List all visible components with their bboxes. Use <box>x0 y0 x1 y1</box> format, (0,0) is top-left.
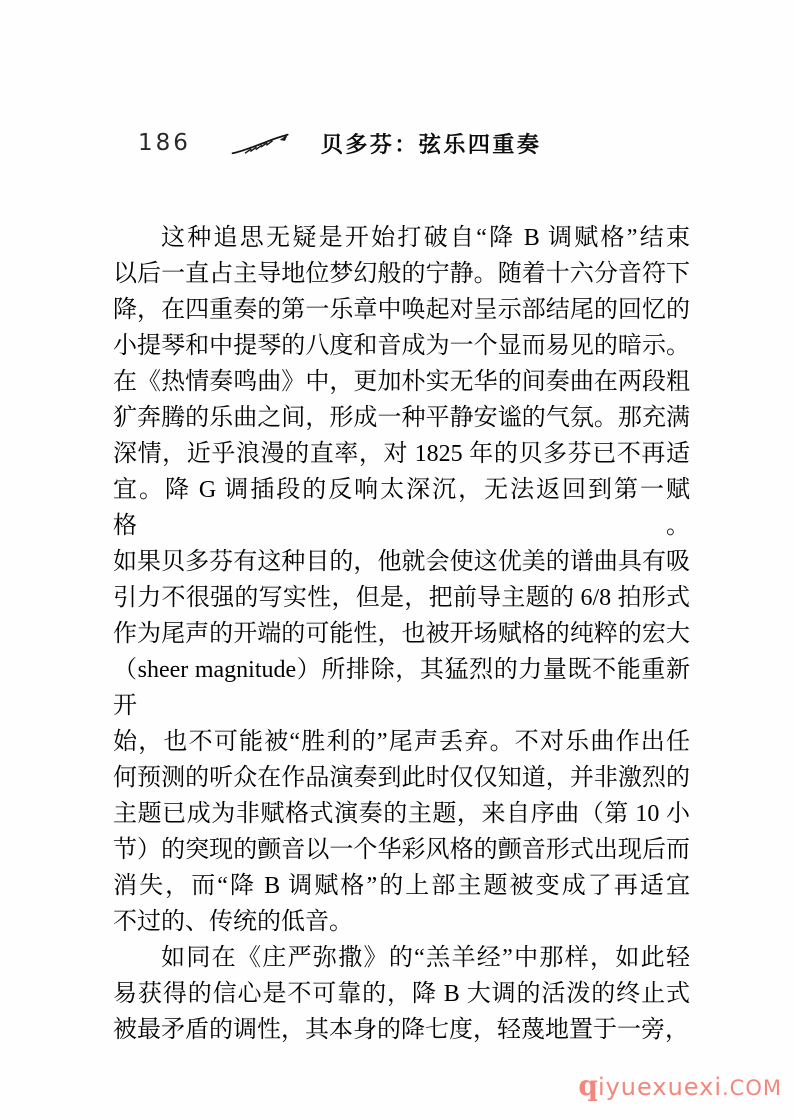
text-line: 始，也不可能被“胜利的”尾声丢弃。不对乐曲作出任 <box>113 724 690 760</box>
text-line: 以后一直占主导地位梦幻般的宁静。随着十六分音符下 <box>113 256 690 292</box>
watermark: qiyuexuexi.COM <box>578 1072 782 1100</box>
book-page: 186 贝多芬：弦乐四重奏 这种追思无疑是开始打破自“降 B 调赋格”结束以后一… <box>0 0 794 1120</box>
text-line: 小提琴和中提琴的八度和音成为一个显而易见的暗示。 <box>113 328 690 364</box>
text-line: 主题已成为非赋格式演奏的主题，来自序曲（第 10 小 <box>113 796 690 832</box>
text-line: 节）的突现的颤音以一个华彩风格的颤音形式出现后而 <box>113 832 690 868</box>
text-line: （sheer magnitude）所排除，其猛烈的力量既不能重新开 <box>113 652 690 724</box>
pen-stroke-icon <box>229 130 293 157</box>
text-line: 消失，而“降 B 调赋格”的上部主题被变成了再适宜 <box>113 868 690 904</box>
text-line: 不过的、传统的低音。 <box>113 904 690 940</box>
text-line: 降，在四重奏的第一乐章中唤起对呈示部结尾的回忆的 <box>113 292 690 328</box>
paragraph: 如同在《庄严弥撒》的“羔羊经”中那样，如此轻易获得的信心是不可靠的，降 B 大调… <box>113 940 690 1048</box>
text-line: 被最矛盾的调性，其本身的降七度，轻蔑地置于一旁， <box>113 1012 690 1048</box>
paragraph: 这种追思无疑是开始打破自“降 B 调赋格”结束以后一直占主导地位梦幻般的宁静。随… <box>113 220 690 940</box>
text-line: 宜。降 G 调插段的反响太深沉，无法返回到第一赋格。 <box>113 472 690 544</box>
watermark-text: iyuexuexi <box>598 1073 722 1101</box>
watermark-tld: .COM <box>722 1076 782 1100</box>
text-line: 犷奔腾的乐曲之间，形成一种平静安谧的气氛。那充满 <box>113 400 690 436</box>
text-line: 何预测的听众在作品演奏到此时仅仅知道，并非激烈的 <box>113 760 690 796</box>
watermark-initial: q <box>578 1069 598 1102</box>
text-line: 这种追思无疑是开始打破自“降 B 调赋格”结束 <box>113 220 690 256</box>
text-line: 易获得的信心是不可靠的，降 B 大调的活泼的终止式 <box>113 976 690 1012</box>
text-line: 在《热情奏鸣曲》中，更加朴实无华的间奏曲在两段粗 <box>113 364 690 400</box>
text-line: 引力不很强的写实性，但是，把前导主题的 6/8 拍形式 <box>113 580 690 616</box>
text-line: 如同在《庄严弥撒》的“羔羊经”中那样，如此轻 <box>113 940 690 976</box>
text-line: 深情，近乎浪漫的直率，对 1825 年的贝多芬已不再适 <box>113 436 690 472</box>
book-title: 贝多芬：弦乐四重奏 <box>321 128 542 159</box>
body-text: 这种追思无疑是开始打破自“降 B 调赋格”结束以后一直占主导地位梦幻般的宁静。随… <box>113 220 690 1048</box>
text-line: 如果贝多芬有这种目的，他就会使这优美的谱曲具有吸 <box>113 544 690 580</box>
page-header: 186 贝多芬：弦乐四重奏 <box>138 126 541 160</box>
page-number: 186 <box>138 130 191 156</box>
text-line: 作为尾声的开端的可能性，也被开场赋格的纯粹的宏大 <box>113 616 690 652</box>
